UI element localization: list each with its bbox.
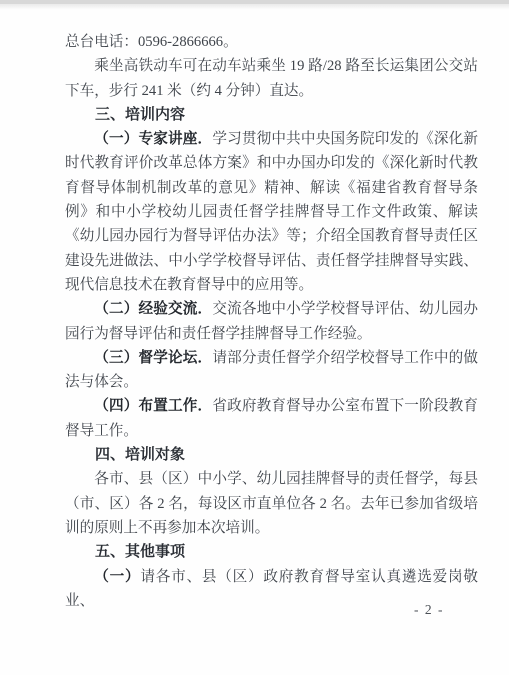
document-body: 总台电话：0596-2866666。 乘坐高铁动车可在动车站乘坐 19 路/28…	[65, 30, 478, 613]
training-item-experience-exchange: （二）经验交流．交流各地中小学学校督导评估、幼儿园办园行为督导评估和责任督学挂牌…	[65, 297, 478, 346]
heading-other-matters: 五、其他事项	[65, 540, 478, 564]
scanned-document-page: 总台电话：0596-2866666。 乘坐高铁动车可在动车站乘坐 19 路/28…	[0, 0, 509, 675]
item-lead-assign-work: （四）布置工作．	[94, 398, 212, 414]
item-lead-supervisor-forum: （三）督学论坛．	[94, 350, 212, 366]
training-item-assign-work: （四）布置工作．省政府教育督导办公室布置下一阶段教育督导工作。	[65, 394, 478, 443]
item-lead-other-1: （一）	[94, 569, 140, 585]
heading-training-targets: 四、培训对象	[65, 443, 478, 467]
paragraph-switchboard-phone: 总台电话：0596-2866666。	[65, 30, 478, 54]
training-item-expert-lecture: （一）专家讲座．学习贯彻中共中央国务院印发的《深化新时代教育评价改革总体方案》和…	[65, 127, 478, 297]
page-number: - 2 -	[414, 602, 444, 618]
paragraph-training-targets: 各市、县（区）中小学、幼儿园挂牌督导的责任督学，每县（市、区）各 2 名，每设区…	[65, 467, 478, 540]
paragraph-transit-directions: 乘坐高铁动车可在动车站乘坐 19 路/28 路至长运集团公交站下车，步行 241…	[65, 54, 478, 103]
scan-edge-shadow	[0, 0, 509, 4]
item-body-expert-lecture: 学习贯彻中共中央国务院印发的《深化新时代教育评价改革总体方案》和中办国办印发的《…	[65, 131, 478, 293]
item-lead-expert-lecture: （一）专家讲座．	[94, 131, 212, 147]
training-item-supervisor-forum: （三）督学论坛．请部分责任督学介绍学校督导工作中的做法与体会。	[65, 346, 478, 395]
item-lead-experience-exchange: （二）经验交流．	[94, 301, 212, 317]
heading-training-content: 三、培训内容	[65, 103, 478, 127]
